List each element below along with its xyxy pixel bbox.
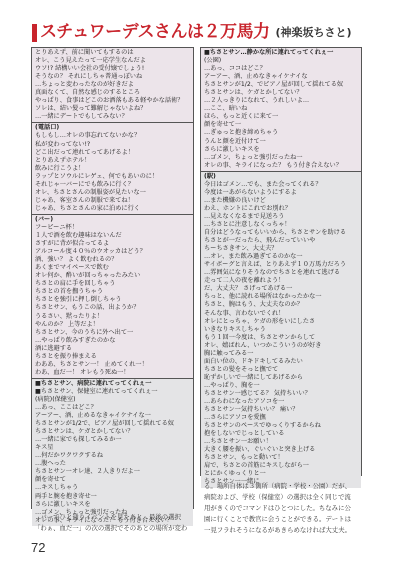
dialogue-option: アーアー、酒、止めるなきゃイケナイな一 [35,412,190,420]
dialogue-option: 酒、強い？ よく飲むれるの？ [35,256,190,264]
dialogue-option: ちさとを振り捧まえる [35,353,190,361]
dialogue-option: …あらわになったアソコを一 [204,398,358,406]
dialogue-option: …キスしちゃう [35,484,190,492]
dialogue-option: どこ出だって連れてってあげるよ！ [35,149,190,157]
dialogue-option: 恥ずかしいで一緒にしてあげるから [204,374,358,382]
dialogue-option: (公園) [204,57,358,65]
dialogue-option: じゃあ、客室さんの制服で来てね！ [35,197,190,205]
dialogue-option: 両手と腕を抱き寄せ一 [35,493,190,501]
dialogue-option: ちさとサン一感じてる？ 気持ちいい？ [204,390,358,398]
dialogue-option: アーアー、酒、止めなきゃイケナイな [204,73,358,81]
dialogue-option: それじゃ一バーにでも飲みに行く？ [35,181,190,189]
paragraph-line: 用がきくのでコマンドはひとつにした。ちなみに公 [204,503,369,514]
dialogue-option: オレの事、キライになった？ もう付き合えない？ [204,162,358,170]
right-walkthrough-box: ■ちさとサン…静かな所に連れてってくれぇ一(公園)…あっ、ココはどこ？アーアー、… [200,47,362,476]
dialogue-option: １人で酒を飲む趣味はないんだ [35,232,190,240]
right-body-paragraph: る。場所自体は３箇所（病院・学校・公園）だが、 病院および、学校（保健室）の選択… [204,481,369,536]
dialogue-option: 酒に逃避する [35,345,190,353]
walkthrough-section: (電話口)もしもし…オレの事忘れてないかな？私が変わってない!?どこ出だって連れ… [32,122,193,214]
dialogue-option: じゃあ、ちさとさんの家に泊めに行く [35,205,190,213]
dialogue-option: (病院)(保健室) [35,396,190,404]
dialogue-option: そんな事、言わないでくれ！ [204,310,358,318]
walkthrough-section: (バー)フーピーニ杯！１人で酒を飲む趣味はないんださすがに背が似合ってるよアルコ… [32,214,193,378]
dialogue-option: そうなの？ それにしちゃ普通っぽいね [35,73,190,81]
dialogue-option: オレ、ちさとさんの制服姿が見たいな一 [35,189,190,197]
article-title: スチュワーデスさんは２万馬力 (神楽坂ちさと) [32,20,352,42]
dialogue-option: うんと顔を近付けて一 [204,138,358,146]
dialogue-option: ラップとソウルにレゲェ、何でもあいのに！ [35,173,190,181]
dialogue-option: …さらにアソコを愛撫 [204,414,358,422]
dialogue-option: もしもし…オレの事忘れてないかな？ [35,132,190,140]
dialogue-option: アルコール度４０％のウオッカはどう？ [35,248,190,256]
dialogue-option: 私が変わってない!? [35,141,190,149]
dialogue-option: ちさとの髪をそっと撫でて [204,366,358,374]
dialogue-option: わえ、ホントにこれでお別れ？ [204,205,358,213]
dialogue-option: とりあえずホテル！ [35,157,190,165]
dialogue-option: 顔を寄せて [35,476,190,484]
dialogue-option: ウソ!? 結構いい会社の受付嬢でしょう! [35,65,190,73]
paragraph-line: 病院および、学校（保健室）の選択は全く同じで流 [204,492,369,503]
dialogue-option: …あっ、ここはどこ？ [35,404,190,412]
dialogue-option: 自分はどうなってもいいから、ちさとサンを助ける [204,229,358,237]
walkthrough-section: ■ちさとサン、病院に連れてってくれぇ一■ちさとサン、保健室に連れてってくれぇ一(… [32,378,193,526]
section-header: ■ちさとサン、病院に連れてってくれぇ一 [35,380,190,388]
dialogue-option: ちさと、腕はもう、大丈夫なのか？ [204,301,358,309]
dialogue-option: …オレ、また飲み過ぎてるのかな一 [204,253,358,261]
dialogue-option: ちーちさきサン、大丈夫？ [204,245,358,253]
dialogue-option: …ちさとに注意しなくっちゃ！ [204,221,358,229]
title-main: スチュワーデスさんは２万馬力 [40,22,269,42]
dialogue-option: オレにとっちゃ、ケガの形をいにしたさ [204,318,358,326]
left-walkthrough-box: とりあえず、前に聞いてもするのはオレ、こう見えたって一応学生なんだよウソ!? 結… [31,47,194,509]
walkthrough-section: (駅)今日はゴメン…でも、また会ってくれる？今度は一あがらないようにするよ…また… [201,171,361,488]
dialogue-option: もう１回一今度は、ちさとサンからして [204,334,358,342]
dialogue-option: ちさとサン、もうこの話、出ようか？ [35,304,190,312]
paragraph-line: 園に行くことで教官に会うことができる。デートは [204,514,369,525]
dialogue-option: さらに激しいキスを [204,146,358,154]
section-header: (バー) [35,216,190,224]
dialogue-option: ちさとサン一気持ちいい？ 痛い？ [204,406,358,414]
dialogue-option: …あっ、ココはどこ？ [204,65,358,73]
dialogue-option: わああ、ちさとサン一！ 止めてくれ一！ [35,361,190,369]
title-accent-bar [32,24,37,42]
dialogue-option: オレ、こう見えたって一応学生なんだよ [35,57,190,65]
dialogue-option: …一緒にデートでもしてみない？ [35,113,190,121]
dialogue-option: …見えなくなるまで見送ろう [204,213,358,221]
title-subtitle: (神楽坂ちさと) [275,24,351,42]
paragraph-line: バーでひと通りイベントを見たあと、最後の選択 [34,512,194,523]
dialogue-option: 今日はゴメン…でも、また会ってくれる？ [204,181,358,189]
dialogue-option: ちさとサンが1/2で、ピアノ屋が回して揺れてる奴 [35,420,190,428]
dialogue-option: 胸に触ってみる一 [204,350,358,358]
dialogue-option: 面白い位の、ドキドキしてるみたい [204,358,358,366]
dialogue-option: さすがに背が似合ってるよ [35,240,190,248]
dialogue-option: いきなりキスしちゃう [204,326,358,334]
paragraph-line: る。場所自体は３箇所（病院・学校・公園）だが、 [204,481,369,492]
walkthrough-section: とりあえず、前に聞いてもするのはオレ、こう見えたって一応学生なんだよウソ!? 結… [32,48,193,122]
dialogue-option: ちさとサンは、ケガとかしてない？ [35,428,190,436]
walkthrough-section: ■ちさとサン…静かな所に連れてってくれぇ一(公園)…あっ、ココはどこ？アーアー、… [201,48,361,171]
left-body-paragraph: バーでひと通りイベントを見たあと、最後の選択 「わぁ、血だ一」の次の選択でそのあ… [34,512,194,534]
dialogue-option: とりあえず、前に聞いてもするのは [35,49,190,57]
dialogue-option: ちさとサン、今のうちに外へ出て一 [35,329,190,337]
dialogue-option: ちさとが一だったら、飛んだっていいや [204,237,358,245]
dialogue-option: …やっぱり、胸を一 [204,382,358,390]
dialogue-option: ちさとサンのペースでゆっくりするからね [204,422,358,430]
dialogue-option: …ぎゅっと抱き締めちゃう [204,129,358,137]
dialogue-option: …また機嫌の良いけど [204,197,358,205]
section-header: (駅) [204,173,358,181]
dialogue-option: わあ、血だ一！ オレもう死ぬ一！ [35,369,190,377]
dialogue-option: 飲みに行こうよ！ [35,165,190,173]
paragraph-line: 「わぁ、血だ一」の次の選択でそのあとの場所が変わ [34,523,194,534]
dialogue-option: やんのか？ 上等だよ！ [35,321,190,329]
dialogue-option: ■ちさとサン、保健室に連れてってくれぇ一 [35,388,190,396]
dialogue-option: オレ、嬉ばれん、いつかこういうのが好き [204,342,358,350]
dialogue-option: うるさい、黙ったりよ！ [35,313,190,321]
dialogue-option: …一緒に家でも探してみるか一 [35,436,190,444]
dialogue-option: さらに激しいキスを [35,501,190,509]
dialogue-option: …ゴメン、ちょっと強引だったね一 [204,154,358,162]
dialogue-option: …やっぱり飲みすぎたのかな [35,337,190,345]
dialogue-option: フーピーニ杯！ [35,224,190,232]
page-number: 72 [31,540,45,555]
dialogue-option: 今度は一あがらないようにするよ [204,189,358,197]
section-header: ■ちさとサン…静かな所に連れてってくれぇ一 [204,49,358,57]
paragraph-line: 一見フラれそうになるがあきらめなければ大丈夫。 [204,525,369,536]
